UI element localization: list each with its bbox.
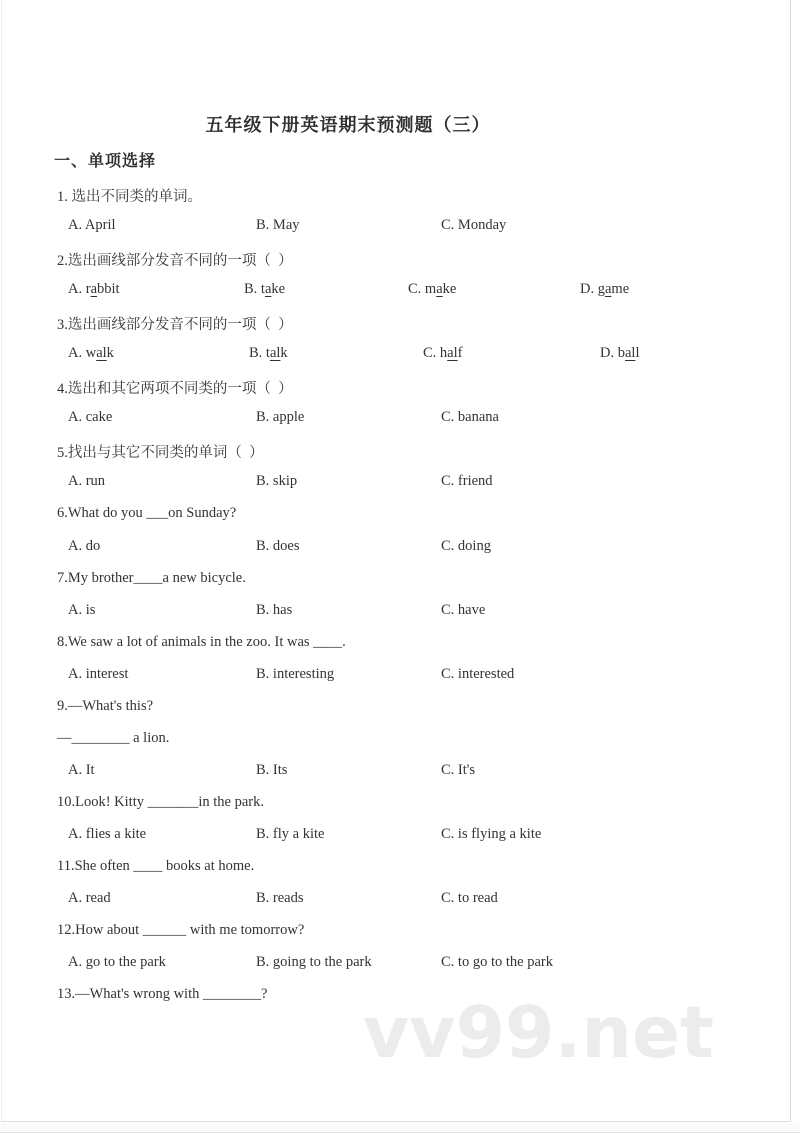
option-d: D. game	[580, 281, 629, 298]
option-b: B. interesting	[256, 666, 334, 683]
question-3-options: A. walk B. talk C. half D. ball	[2, 343, 790, 375]
option-a: A. is	[68, 602, 95, 619]
option-a: A. interest	[68, 666, 128, 683]
next-page-edge	[0, 1132, 800, 1137]
question-1-text: 1. 选出不同类的单词。	[2, 183, 790, 215]
question-7-text: 7.My brother____a new bicycle.	[2, 568, 790, 600]
question-list: 1. 选出不同类的单词。 A. April B. May C. Monday 2…	[2, 183, 790, 1016]
page-gap	[0, 1123, 800, 1132]
option-c: C. to go to the park	[441, 954, 553, 971]
question-8-options: A. interest B. interesting C. interested	[2, 664, 790, 696]
option-a: A. walk	[68, 345, 114, 362]
option-c: C. is flying a kite	[441, 826, 541, 843]
question-8-text: 8.We saw a lot of animals in the zoo. It…	[2, 632, 790, 664]
option-a: A. read	[68, 890, 111, 907]
option-b: B. take	[244, 281, 285, 298]
question-5-text: 5.找出与其它不同类的单词（ ）	[2, 439, 790, 471]
option-c: C. Monday	[441, 217, 506, 234]
question-9-options: A. It B. Its C. It's	[2, 760, 790, 792]
question-10-text: 10.Look! Kitty _______in the park.	[2, 792, 790, 824]
question-9-text2: —________ a lion.	[2, 728, 790, 760]
option-b: B. skip	[256, 473, 297, 490]
option-a: A. go to the park	[68, 954, 166, 971]
question-1-options: A. April B. May C. Monday	[2, 215, 790, 247]
question-13-text: 13.—What's wrong with ________?	[2, 984, 790, 1016]
question-4-options: A. cake B. apple C. banana	[2, 407, 790, 439]
option-c: C. interested	[441, 666, 514, 683]
question-12-text: 12.How about ______ with me tomorrow?	[2, 920, 790, 952]
option-a: A. flies a kite	[68, 826, 146, 843]
option-c: C. half	[423, 345, 462, 362]
question-11-options: A. read B. reads C. to read	[2, 888, 790, 920]
option-a: A. April	[68, 217, 116, 234]
question-9-text: 9.—What's this?	[2, 696, 790, 728]
option-b: B. apple	[256, 409, 304, 426]
question-7-options: A. is B. has C. have	[2, 600, 790, 632]
section-heading: 一、单项选择	[54, 148, 156, 171]
option-b: B. has	[256, 602, 292, 619]
option-a: A. It	[68, 762, 95, 779]
question-3-text: 3.选出画线部分发音不同的一项（ ）	[2, 311, 790, 343]
question-11-text: 11.She often ____ books at home.	[2, 856, 790, 888]
document-page: 五年级下册英语期末预测题（三） 一、单项选择 1. 选出不同类的单词。 A. A…	[1, 0, 791, 1122]
option-a: A. rabbit	[68, 281, 120, 298]
question-4-text: 4.选出和其它两项不同类的一项（ ）	[2, 375, 790, 407]
question-12-options: A. go to the park B. going to the park C…	[2, 952, 790, 984]
question-6-options: A. do B. does C. doing	[2, 536, 790, 568]
option-c: C. doing	[441, 538, 491, 555]
option-a: A. cake	[68, 409, 112, 426]
option-b: B. fly a kite	[256, 826, 324, 843]
question-2-options: A. rabbit B. take C. make D. game	[2, 279, 790, 311]
option-b: B. does	[256, 538, 300, 555]
option-c: C. have	[441, 602, 485, 619]
question-2-text: 2.选出画线部分发音不同的一项（ ）	[2, 247, 790, 279]
option-c: C. to read	[441, 890, 498, 907]
option-a: A. run	[68, 473, 105, 490]
question-5-options: A. run B. skip C. friend	[2, 471, 790, 503]
question-6-text: 6.What do you ___on Sunday?	[2, 503, 790, 535]
option-c: C. It's	[441, 762, 475, 779]
option-c: C. banana	[441, 409, 499, 426]
option-b: B. going to the park	[256, 954, 372, 971]
option-b: B. talk	[249, 345, 288, 362]
option-d: D. ball	[600, 345, 639, 362]
option-b: B. Its	[256, 762, 287, 779]
option-c: C. friend	[441, 473, 493, 490]
page-title: 五年级下册英语期末预测题（三）	[2, 111, 790, 137]
option-c: C. make	[408, 281, 456, 298]
option-b: B. reads	[256, 890, 304, 907]
question-10-options: A. flies a kite B. fly a kite C. is flyi…	[2, 824, 790, 856]
option-b: B. May	[256, 217, 300, 234]
option-a: A. do	[68, 538, 100, 555]
